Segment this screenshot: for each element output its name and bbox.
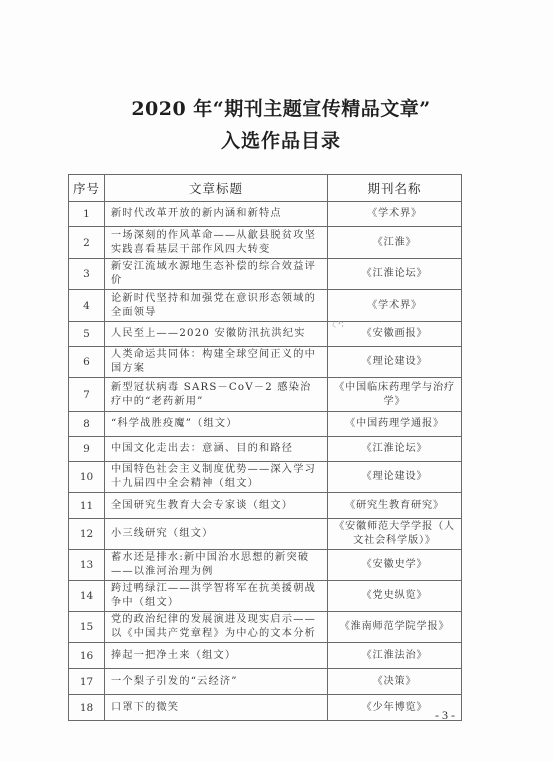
row-no: 15	[69, 612, 105, 643]
row-title: 蓄水还是排水:新中国治水思想的新突破——以淮河治理为例	[105, 550, 328, 581]
table-row: 6 人类命运共同体：构建全球空间正义的中国方案 《理论建设》	[69, 347, 462, 378]
row-journal: 《安徽画报》	[328, 322, 462, 347]
table-row: 15 党的政治纪律的发展演进及现实启示——以《中国共产党章程》为中心的文本分析 …	[69, 612, 462, 643]
row-journal: 《江淮论坛》	[328, 259, 462, 290]
table-row: 2 一场深刻的作风革命——从歙县脱贫攻坚实践喜看基层干部作风四大转变 《江淮》	[69, 227, 462, 259]
row-journal: 《学术界》	[328, 290, 462, 322]
row-journal: 《理论建设》	[328, 462, 462, 493]
table-row: 12 小三线研究（组文） 《安徽师范大学学报（人文社会科学版）》	[69, 519, 462, 550]
row-title: 党的政治纪律的发展演进及现实启示——以《中国共产党章程》为中心的文本分析	[105, 612, 328, 643]
row-no: 13	[69, 550, 105, 581]
row-journal: 《安徽史学》	[328, 550, 462, 581]
title-main: 2020 年“期刊主题宣传精品文章”	[0, 96, 554, 122]
row-title: 人类命运共同体：构建全球空间正义的中国方案	[105, 347, 328, 378]
catalog-table: 序号 文章标题 期刊名称 1 新时代改革开放的新内涵和新特点 《学术界》 2 一…	[68, 174, 462, 721]
table-row: 10 中国特色社会主义制度优势——深入学习十九届四中全会精神（组文） 《理论建设…	[69, 462, 462, 493]
row-journal: 《中国药理学通报》	[328, 412, 462, 437]
row-no: 7	[69, 378, 105, 412]
row-title: 小三线研究（组文）	[105, 519, 328, 550]
row-title: 全国研究生教育大会专家谈（组文）	[105, 493, 328, 519]
row-title: 一个梨子引发的“云经济”	[105, 669, 328, 695]
row-title: 新安江流域水源地生态补偿的综合效益评价	[105, 259, 328, 290]
row-title: 新时代改革开放的新内涵和新特点	[105, 202, 328, 227]
row-no: 8	[69, 412, 105, 437]
row-journal: 《江淮》	[328, 227, 462, 259]
row-no: 5	[69, 322, 105, 347]
page-number: - 3 -	[435, 708, 455, 723]
row-no: 12	[69, 519, 105, 550]
row-no: 16	[69, 643, 105, 669]
row-no: 1	[69, 202, 105, 227]
row-no: 2	[69, 227, 105, 259]
row-no: 14	[69, 581, 105, 612]
table-header-row: 序号 文章标题 期刊名称	[69, 175, 462, 202]
table-row: 8 “科学战胜疫魔”（组文） 《中国药理学通报》	[69, 412, 462, 437]
table-row: 17 一个梨子引发的“云经济” 《决策》	[69, 669, 462, 695]
row-no: 10	[69, 462, 105, 493]
table-row: 16 捧起一把净土来（组文） 《江淮法治》	[69, 643, 462, 669]
row-title: 捧起一把净土来（组文）	[105, 643, 328, 669]
table-row: 13 蓄水还是排水:新中国治水思想的新突破——以淮河治理为例 《安徽史学》	[69, 550, 462, 581]
row-journal: 《中国临床药理学与治疗学》	[328, 378, 462, 412]
row-title: “科学战胜疫魔”（组文）	[105, 412, 328, 437]
row-title: 中国特色社会主义制度优势——深入学习十九届四中全会精神（组文）	[105, 462, 328, 493]
row-title: 一场深刻的作风革命——从歙县脱贫攻坚实践喜看基层干部作风四大转变	[105, 227, 328, 259]
title-sub: 入选作品目录	[0, 128, 554, 154]
row-journal: 《决策》	[328, 669, 462, 695]
row-title: 论新时代坚持和加强党在意识形态领域的全面领导	[105, 290, 328, 322]
handwritten-mark: ㄑ¹;	[329, 318, 344, 331]
row-journal: 《安徽师范大学学报（人文社会科学版）》	[328, 519, 462, 550]
row-no: 18	[69, 695, 105, 721]
row-no: 4	[69, 290, 105, 322]
row-journal: 《江淮法治》	[328, 643, 462, 669]
table-row: 18 口罩下的微笑 《少年博览》	[69, 695, 462, 721]
row-title: 跨过鸭绿江——洪学智将军在抗美援朝战争中（组文）	[105, 581, 328, 612]
row-title: 人民至上——2020 安徽防汛抗洪纪实	[105, 322, 328, 347]
row-journal: 《党史纵览》	[328, 581, 462, 612]
row-journal: 《学术界》	[328, 202, 462, 227]
row-title: 中国文化走出去：意涵、目的和路径	[105, 437, 328, 462]
header-no: 序号	[69, 175, 105, 202]
table-row: 1 新时代改革开放的新内涵和新特点 《学术界》	[69, 202, 462, 227]
row-journal: 《研究生教育研究》	[328, 493, 462, 519]
header-journal: 期刊名称	[328, 175, 462, 202]
row-title: 口罩下的微笑	[105, 695, 328, 721]
row-no: 9	[69, 437, 105, 462]
row-no: 3	[69, 259, 105, 290]
table-row: 7 新型冠状病毒 SARS－CoV－2 感染治疗中的“老药新用” 《中国临床药理…	[69, 378, 462, 412]
row-no: 17	[69, 669, 105, 695]
table-row: 3 新安江流域水源地生态补偿的综合效益评价 《江淮论坛》	[69, 259, 462, 290]
row-no: 11	[69, 493, 105, 519]
header-title: 文章标题	[105, 175, 328, 202]
table-row: 11 全国研究生教育大会专家谈（组文） 《研究生教育研究》	[69, 493, 462, 519]
row-journal: 《淮南师范学院学报》	[328, 612, 462, 643]
table-row: 4 论新时代坚持和加强党在意识形态领域的全面领导 《学术界》	[69, 290, 462, 322]
row-journal: 《江淮论坛》	[328, 437, 462, 462]
row-journal: 《理论建设》	[328, 347, 462, 378]
row-no: 6	[69, 347, 105, 378]
row-title: 新型冠状病毒 SARS－CoV－2 感染治疗中的“老药新用”	[105, 378, 328, 412]
table-row: 14 跨过鸭绿江——洪学智将军在抗美援朝战争中（组文） 《党史纵览》	[69, 581, 462, 612]
table-row: 9 中国文化走出去：意涵、目的和路径 《江淮论坛》	[69, 437, 462, 462]
document-title: 2020 年“期刊主题宣传精品文章” 入选作品目录	[0, 96, 554, 154]
table-row: 5 人民至上——2020 安徽防汛抗洪纪实 《安徽画报》	[69, 322, 462, 347]
